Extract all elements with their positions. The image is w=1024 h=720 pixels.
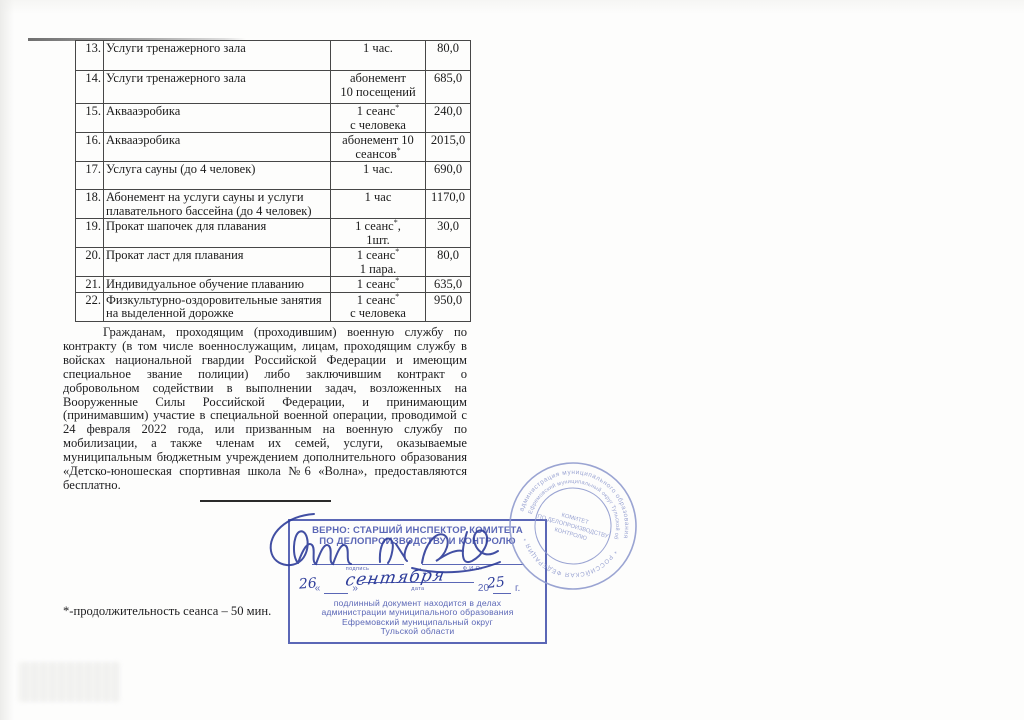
table-row: 22.Физкультурно-оздоровительные занятия … [76, 292, 471, 321]
cell-unit: абонемент10 посещений [331, 71, 426, 104]
footnote: *-продолжительность сеанса – 50 мин. [63, 604, 271, 619]
cell-unit: 1 сеанс* [331, 277, 426, 293]
table-row: 16.Аквааэробикаабонемент 10сеансов*2015,… [76, 133, 471, 162]
cell-number: 17. [76, 162, 104, 190]
cell-number: 22. [76, 292, 104, 321]
cell-service: Индивидуальное обучение плаванию [104, 277, 331, 293]
table-row: 18.Абонемент на услуги сауны и услуги пл… [76, 190, 471, 219]
scan-edge-shadow [0, 0, 14, 720]
table-row: 21.Индивидуальное обучение плаванию1 сеа… [76, 277, 471, 293]
bleed-through-artifact [18, 662, 120, 702]
cell-service: Физкультурно-оздоровительные занятия на … [104, 292, 331, 321]
cell-price: 690,0 [426, 162, 471, 190]
cell-number: 16. [76, 133, 104, 162]
cell-unit: 1 час. [331, 162, 426, 190]
cell-number: 14. [76, 71, 104, 104]
body-paragraph: Гражданам, проходящим (проходившим) воен… [63, 326, 467, 493]
cell-service: Услуги тренажерного зала [104, 41, 331, 71]
table-row: 13.Услуги тренажерного зала1 час.80,0 [76, 41, 471, 71]
pen-signature [262, 504, 507, 592]
cell-service: Услуги тренажерного зала [104, 71, 331, 104]
cell-number: 19. [76, 219, 104, 248]
cell-service: Услуга сауны (до 4 человек) [104, 162, 331, 190]
table-row: 15.Аквааэробика1 сеанс*с человека240,0 [76, 104, 471, 133]
stamp-holder-text: подлинный документ находится в делахадми… [290, 599, 545, 637]
cell-unit: 1 сеанс*с человека [331, 292, 426, 321]
cell-price: 2015,0 [426, 133, 471, 162]
cell-unit: 1 час [331, 190, 426, 219]
seal-center-text: КОМИТЕТПО ДЕЛОПРОИЗВОДСТВУКОНТРОЛЮ [534, 506, 611, 547]
table-row: 14.Услуги тренажерного залаабонемент10 п… [76, 71, 471, 104]
cell-price: 80,0 [426, 41, 471, 71]
cell-service: Аквааэробика [104, 104, 331, 133]
day-blank [324, 593, 348, 594]
cell-service: Аквааэробика [104, 133, 331, 162]
cell-price: 1170,0 [426, 190, 471, 219]
signature-rule [200, 500, 331, 502]
table-row: 19.Прокат шапочек для плавания1 сеанс*,1… [76, 219, 471, 248]
cell-price: 635,0 [426, 277, 471, 293]
cell-number: 18. [76, 190, 104, 219]
cell-price: 240,0 [426, 104, 471, 133]
cell-number: 13. [76, 41, 104, 71]
price-table: 13.Услуги тренажерного зала1 час.80,014.… [75, 40, 471, 322]
cell-unit: абонемент 10сеансов* [331, 133, 426, 162]
stamp-holder-line: Тульской области [290, 627, 545, 636]
cell-price: 950,0 [426, 292, 471, 321]
cell-price: 30,0 [426, 219, 471, 248]
cell-unit: 1 сеанс*1 пара. [331, 248, 426, 277]
cell-service: Прокат шапочек для плавания [104, 219, 331, 248]
table-row: 20.Прокат ласт для плавания1 сеанс*1 пар… [76, 248, 471, 277]
cell-number: 15. [76, 104, 104, 133]
cell-price: 685,0 [426, 71, 471, 104]
cell-number: 20. [76, 248, 104, 277]
cell-price: 80,0 [426, 248, 471, 277]
table-row: 17.Услуга сауны (до 4 человек)1 час.690,… [76, 162, 471, 190]
cell-service: Прокат ласт для плавания [104, 248, 331, 277]
scanned-document-page: 13.Услуги тренажерного зала1 час.80,014.… [0, 0, 1024, 720]
cell-unit: 1 сеанс*с человека [331, 104, 426, 133]
cell-number: 21. [76, 277, 104, 293]
cell-unit: 1 сеанс*,1шт. [331, 219, 426, 248]
cell-service: Абонемент на услуги сауны и услуги плава… [104, 190, 331, 219]
round-seal: администрация муниципального образования… [505, 458, 641, 594]
cell-unit: 1 час. [331, 41, 426, 71]
